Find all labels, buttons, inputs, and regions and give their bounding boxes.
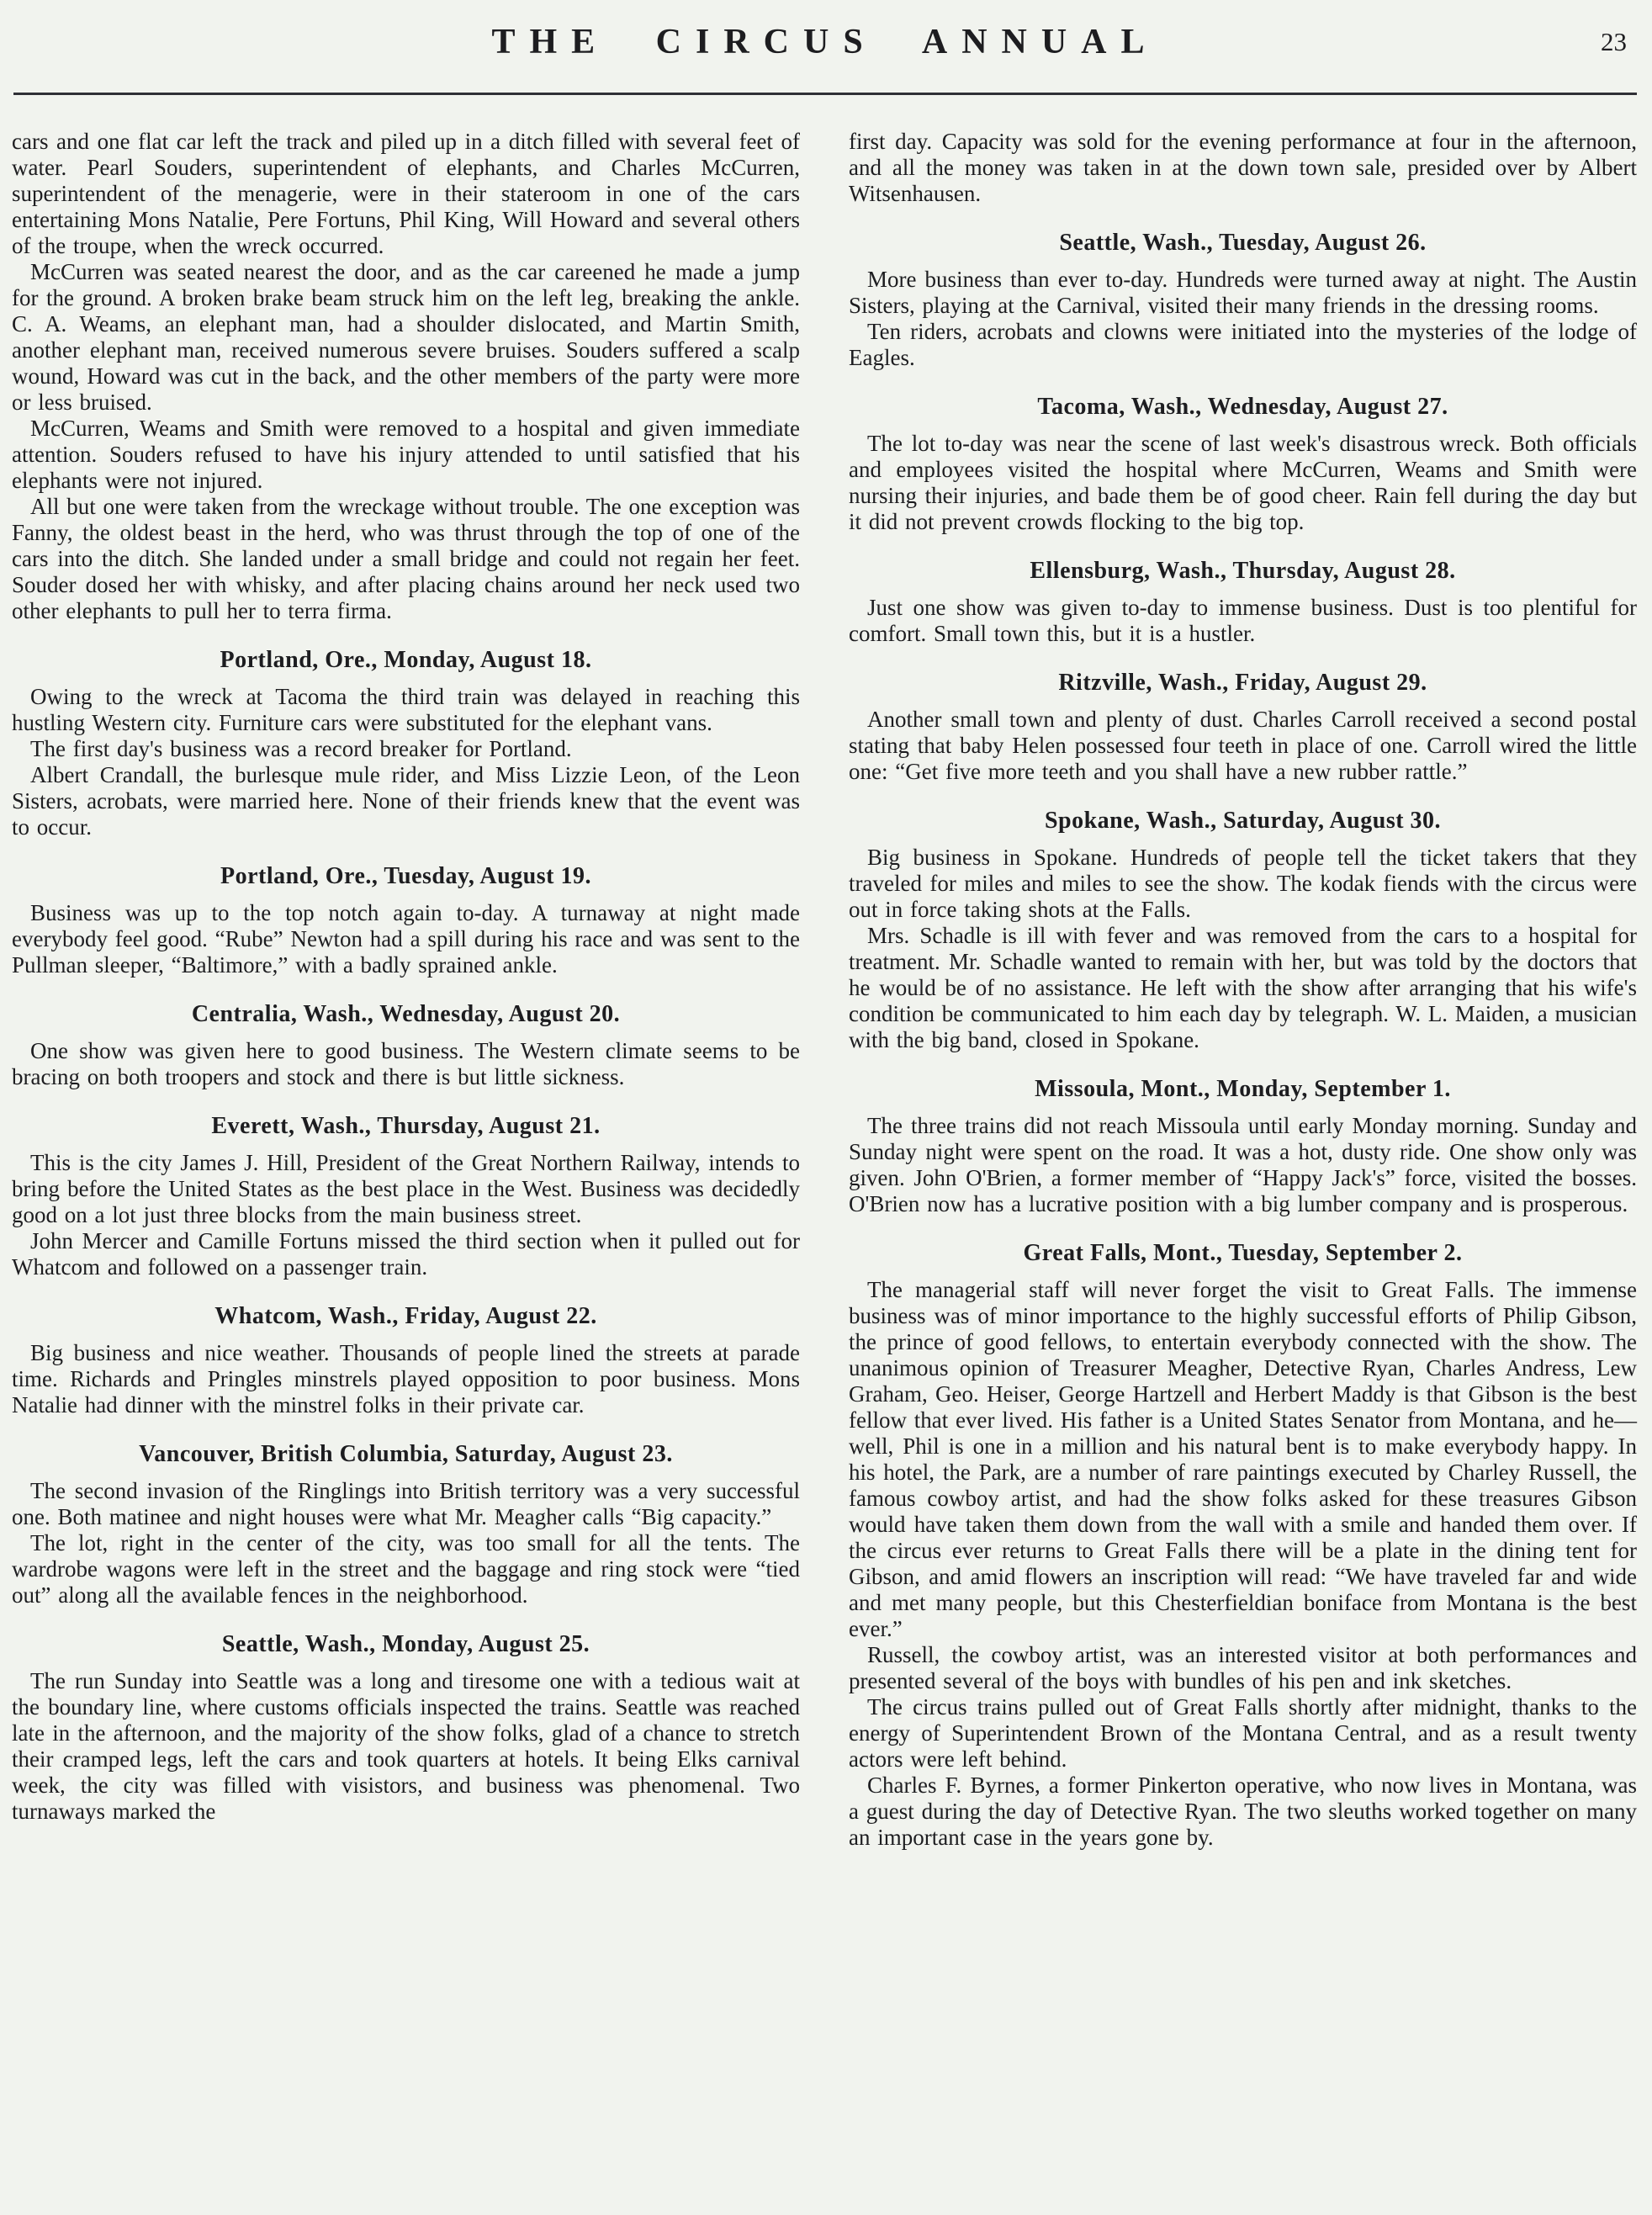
body-paragraph: The second invasion of the Ringlings int…: [12, 1478, 800, 1530]
right-column: first day. Capacity was sold for the eve…: [849, 129, 1637, 1851]
page-title: THE CIRCUS ANNUAL: [491, 22, 1158, 62]
left-column: cars and one flat car left the track and…: [12, 129, 800, 1851]
body-paragraph: More business than ever to-day. Hundreds…: [849, 267, 1637, 319]
body-paragraph: The lot to-day was near the scene of las…: [849, 431, 1637, 535]
body-paragraph: This is the city James J. Hill, Presiden…: [12, 1150, 800, 1228]
body-paragraph: Albert Crandall, the burlesque mule ride…: [12, 762, 800, 840]
body-paragraph: Ten riders, acrobats and clowns were ini…: [849, 319, 1637, 371]
section-heading: Spokane, Wash., Saturday, August 30.: [849, 808, 1637, 834]
body-paragraph: All but one were taken from the wreckage…: [12, 494, 800, 624]
body-paragraph: The circus trains pulled out of Great Fa…: [849, 1694, 1637, 1773]
section-heading: Missoula, Mont., Monday, September 1.: [849, 1076, 1637, 1102]
body-paragraph: Charles F. Byrnes, a former Pinkerton op…: [849, 1773, 1637, 1851]
body-paragraph: first day. Capacity was sold for the eve…: [849, 129, 1637, 207]
body-paragraph: McCurren was seated nearest the door, an…: [12, 259, 800, 416]
body-paragraph: Big business in Spokane. Hundreds of peo…: [849, 845, 1637, 923]
text-columns: cars and one flat car left the track and…: [10, 95, 1640, 1851]
section-heading: Great Falls, Mont., Tuesday, September 2…: [849, 1240, 1637, 1266]
body-paragraph: The three trains did not reach Missoula …: [849, 1113, 1637, 1217]
body-paragraph: Russell, the cowboy artist, was an inter…: [849, 1642, 1637, 1694]
body-paragraph: Business was up to the top notch again t…: [12, 900, 800, 978]
masthead: THE CIRCUS ANNUAL 23: [10, 13, 1640, 84]
body-paragraph: Big business and nice weather. Thousands…: [12, 1340, 800, 1418]
body-paragraph: Just one show was given to-day to immens…: [849, 595, 1637, 647]
section-heading: Portland, Ore., Monday, August 18.: [12, 647, 800, 673]
body-paragraph: The run Sunday into Seattle was a long a…: [12, 1668, 800, 1825]
body-paragraph: Owing to the wreck at Tacoma the third t…: [12, 684, 800, 736]
body-paragraph: Another small town and plenty of dust. C…: [849, 707, 1637, 785]
section-heading: Ellensburg, Wash., Thursday, August 28.: [849, 558, 1637, 584]
body-paragraph: McCurren, Weams and Smith were removed t…: [12, 416, 800, 494]
body-paragraph: One show was given here to good business…: [12, 1038, 800, 1090]
header-rule: [13, 93, 1637, 95]
body-paragraph: The lot, right in the center of the city…: [12, 1530, 800, 1608]
section-heading: Ritzville, Wash., Friday, August 29.: [849, 670, 1637, 696]
section-heading: Seattle, Wash., Tuesday, August 26.: [849, 230, 1637, 256]
body-paragraph: The first day's business was a record br…: [12, 736, 800, 762]
section-heading: Centralia, Wash., Wednesday, August 20.: [12, 1001, 800, 1027]
book-page: THE CIRCUS ANNUAL 23 cars and one flat c…: [0, 0, 1652, 2215]
body-paragraph: John Mercer and Camille Fortuns missed t…: [12, 1228, 800, 1280]
section-heading: Tacoma, Wash., Wednesday, August 27.: [849, 394, 1637, 420]
body-paragraph: cars and one flat car left the track and…: [12, 129, 800, 259]
page-number: 23: [1601, 27, 1627, 57]
section-heading: Seattle, Wash., Monday, August 25.: [12, 1631, 800, 1657]
body-paragraph: Mrs. Schadle is ill with fever and was r…: [849, 923, 1637, 1053]
section-heading: Vancouver, British Columbia, Saturday, A…: [12, 1441, 800, 1467]
body-paragraph: The managerial staff will never forget t…: [849, 1277, 1637, 1642]
section-heading: Whatcom, Wash., Friday, August 22.: [12, 1303, 800, 1329]
section-heading: Everett, Wash., Thursday, August 21.: [12, 1113, 800, 1139]
section-heading: Portland, Ore., Tuesday, August 19.: [12, 863, 800, 889]
